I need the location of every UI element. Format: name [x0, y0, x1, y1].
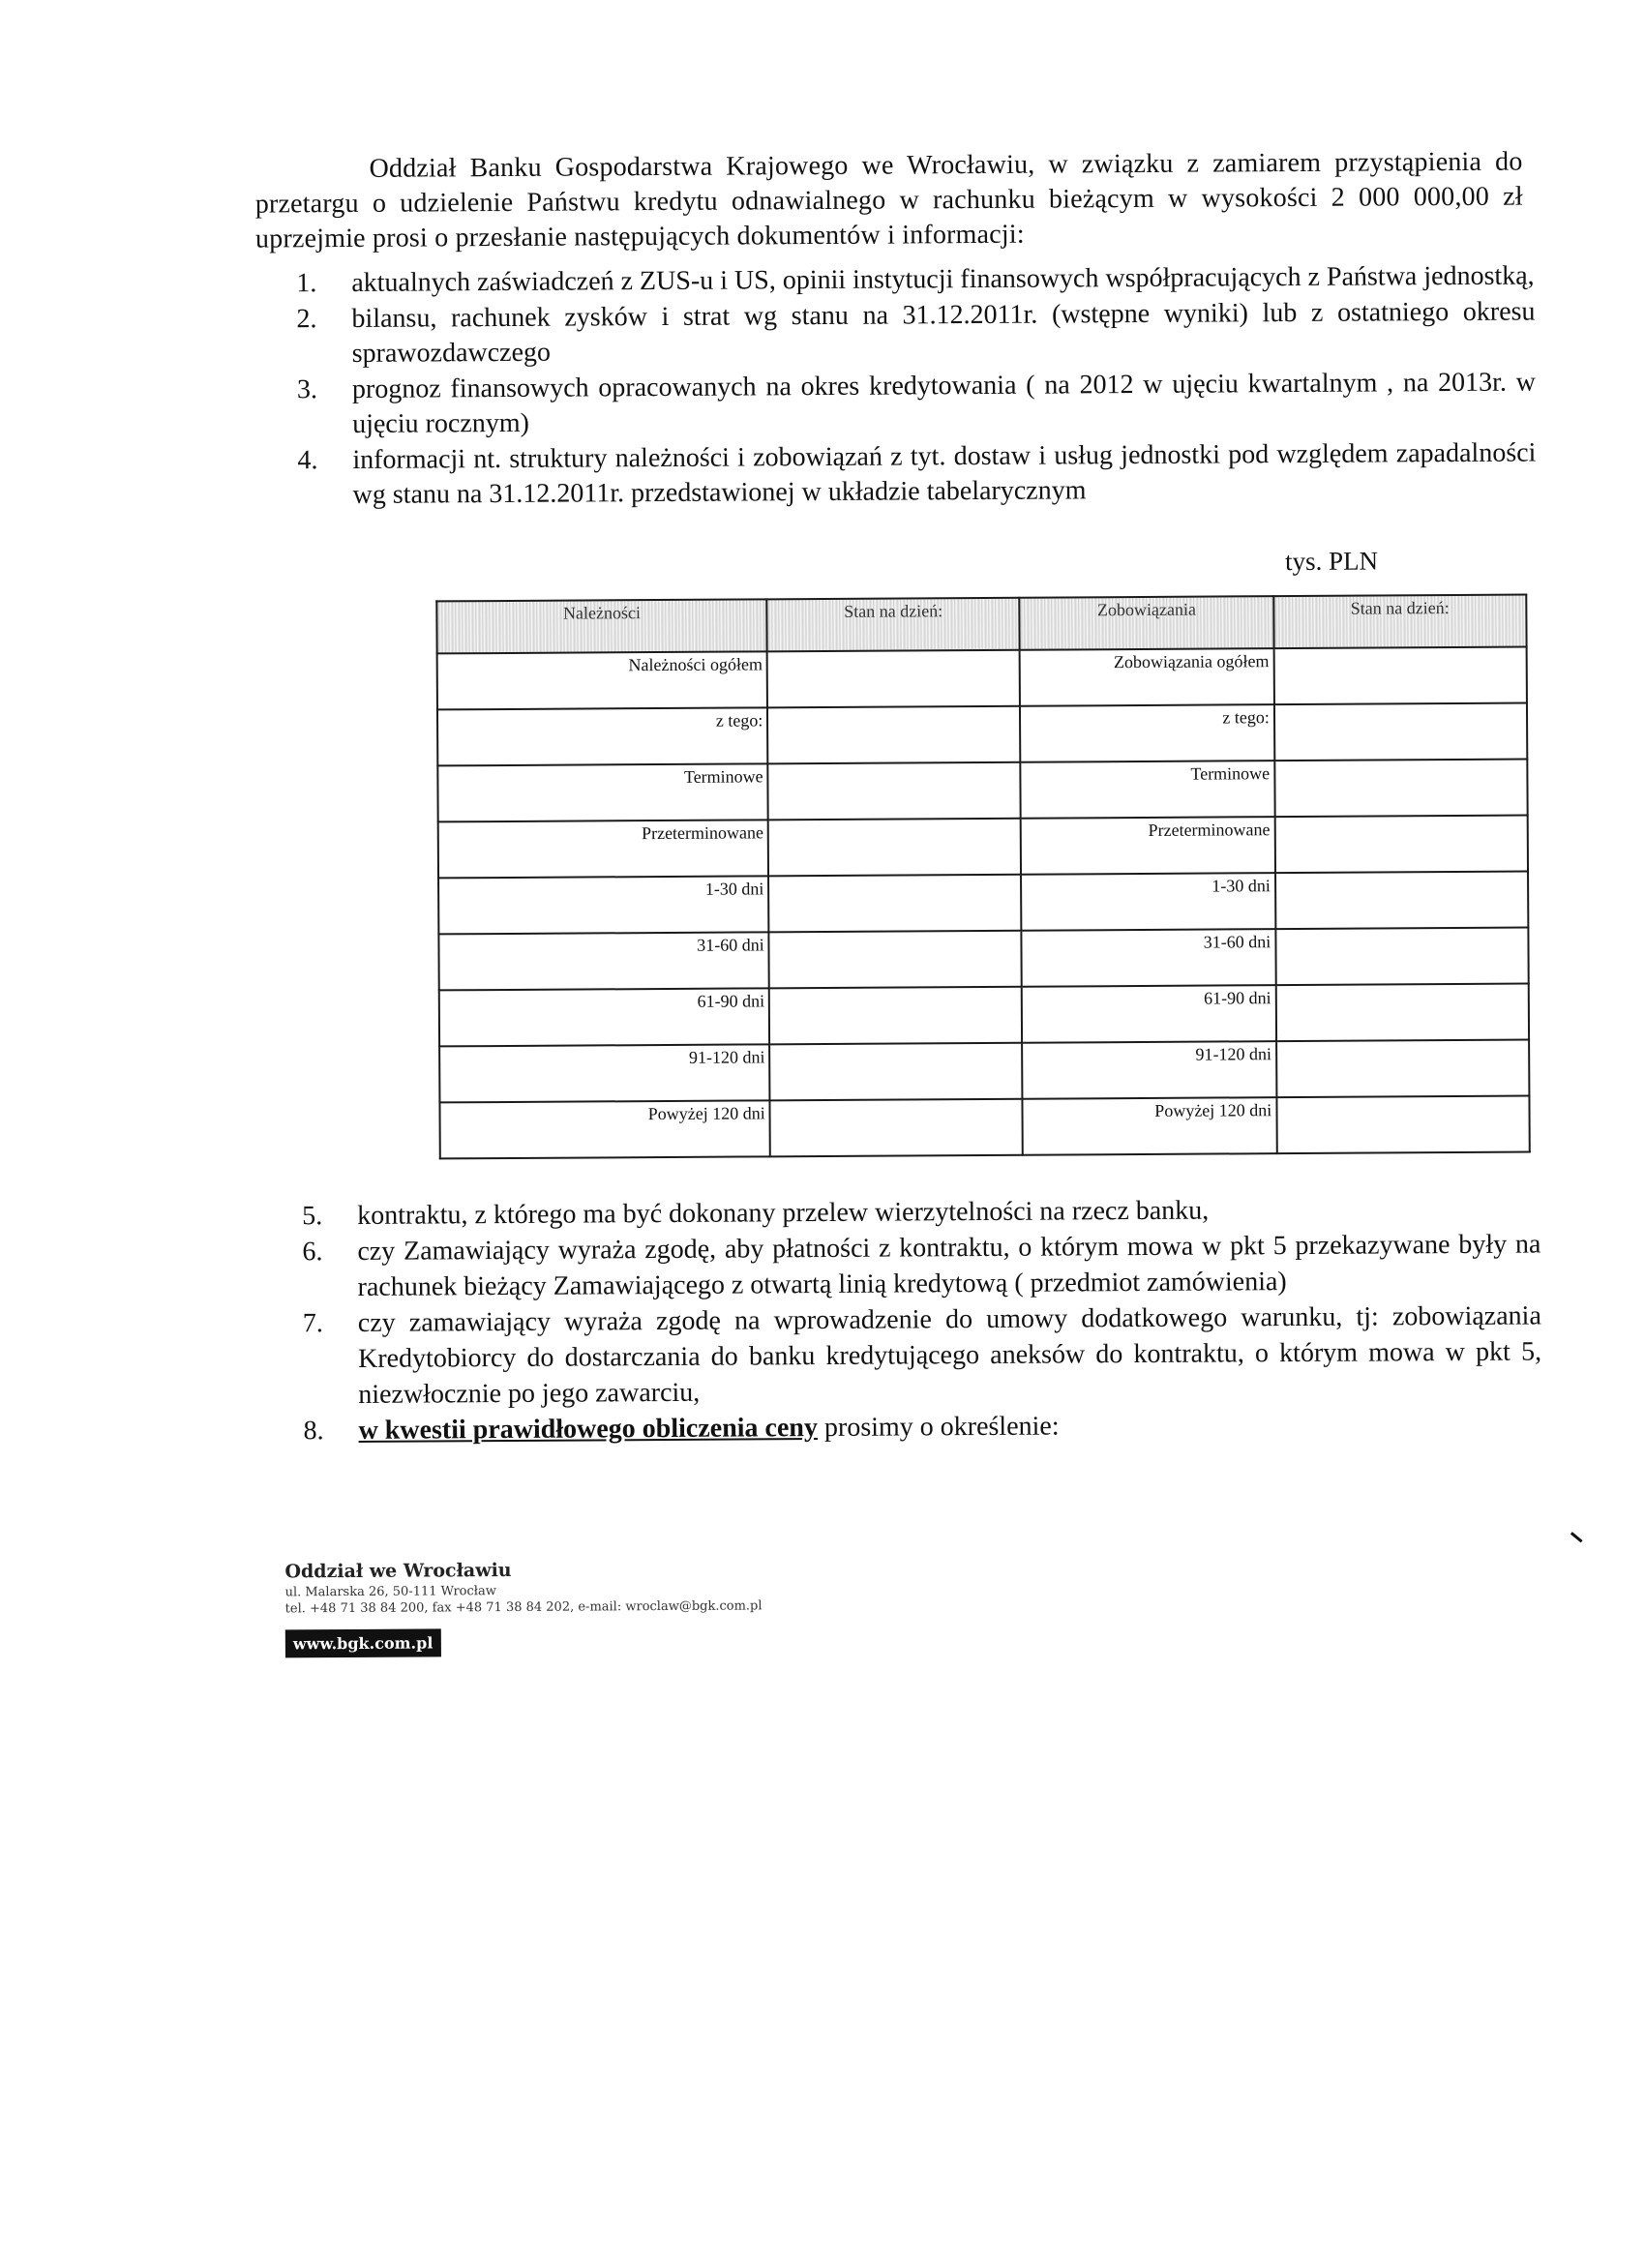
- list-text: czy zamawiający wyraża zgodę na wprowadz…: [358, 1298, 1542, 1412]
- list-item: 2. bilansu, rachunek zysków i strat wg s…: [296, 294, 1535, 373]
- table-row: 61-90 dni61-90 dni: [439, 984, 1529, 1047]
- liability-value-cell[interactable]: [1276, 1040, 1530, 1098]
- table-row: Powyżej 120 dniPowyżej 120 dni: [439, 1096, 1529, 1159]
- row-label-receivable: 1-30 dni: [438, 876, 769, 934]
- table-row: 91-120 dni91-120 dni: [439, 1040, 1529, 1103]
- row-label-liability: Zobowiązania ogółem: [1020, 648, 1274, 706]
- header-liabilities: Zobowiązania: [1020, 596, 1274, 650]
- list-number: 7.: [303, 1305, 359, 1413]
- letter-page: Oddział Banku Gospodarstwa Krajowego we …: [0, 0, 1645, 2268]
- list-number: 4.: [297, 442, 352, 513]
- footer-branch: Oddział we Wrocławiu: [284, 1558, 762, 1582]
- document-list-part1: 1. aktualnych zaświadczeń z ZUS-u i US, …: [296, 258, 1537, 513]
- maturity-table: Należności Stan na dzień: Zobowiązania S…: [435, 594, 1531, 1160]
- table-body: Należności ogółemZobowiązania ogółemz te…: [437, 647, 1530, 1159]
- row-label-liability: 1-30 dni: [1021, 873, 1275, 931]
- table-row: 31-60 dni31-60 dni: [438, 928, 1528, 991]
- list-number: 8.: [303, 1413, 358, 1448]
- list-item: 8. w kwestii prawidłowego obliczenia cen…: [303, 1405, 1541, 1448]
- receivable-value-cell[interactable]: [770, 1099, 1024, 1157]
- liability-value-cell[interactable]: [1275, 872, 1529, 930]
- receivable-value-cell[interactable]: [768, 762, 1022, 821]
- table-row: Należności ogółemZobowiązania ogółem: [437, 647, 1527, 710]
- document-list-part2: 5. kontraktu, z którego ma być dokonany …: [302, 1190, 1542, 1448]
- list-item: 6. czy Zamawiający wyraża zgodę, aby pła…: [302, 1226, 1540, 1305]
- header-receivables: Należności: [436, 599, 767, 653]
- table-row: PrzeterminowanePrzeterminowane: [438, 816, 1528, 879]
- row-label-receivable: 91-120 dni: [439, 1044, 770, 1102]
- list-item: 3. prognoz finansowych opracowanych na o…: [297, 365, 1536, 443]
- footer-contact: tel. +48 71 38 84 200, fax +48 71 38 84 …: [285, 1598, 763, 1616]
- row-label-receivable: 61-90 dni: [439, 988, 770, 1046]
- row-label-receivable: Powyżej 120 dni: [439, 1100, 770, 1158]
- row-label-receivable: Należności ogółem: [437, 651, 768, 709]
- list-number: 3.: [297, 372, 352, 442]
- liability-value-cell[interactable]: [1274, 703, 1528, 761]
- table-row: 1-30 dni1-30 dni: [438, 872, 1528, 935]
- receivable-value-cell[interactable]: [769, 987, 1023, 1045]
- liability-value-cell[interactable]: [1274, 760, 1528, 818]
- table-header-row: Należności Stan na dzień: Zobowiązania S…: [436, 595, 1526, 654]
- liability-value-cell[interactable]: [1276, 1096, 1530, 1154]
- row-label-liability: Powyżej 120 dni: [1023, 1097, 1277, 1155]
- table-row: z tego:z tego:: [437, 703, 1527, 766]
- row-label-liability: 61-90 dni: [1022, 985, 1276, 1043]
- footer-address: ul. Malarska 26, 50-111 Wrocław: [285, 1582, 763, 1599]
- row-label-liability: Terminowe: [1021, 761, 1275, 819]
- list-text: w kwestii prawidłowego obliczenia ceny p…: [358, 1405, 1541, 1447]
- receivable-value-cell[interactable]: [768, 875, 1022, 933]
- liability-value-cell[interactable]: [1273, 647, 1527, 705]
- stray-pen-mark: [1570, 1532, 1583, 1542]
- row-label-liability: Przeterminowane: [1021, 817, 1275, 875]
- liability-value-cell[interactable]: [1275, 928, 1529, 986]
- receivable-value-cell[interactable]: [769, 931, 1023, 989]
- list-number: 1.: [296, 266, 351, 302]
- list-number: 2.: [296, 301, 351, 372]
- row-label-receivable: z tego:: [437, 707, 768, 765]
- liability-value-cell[interactable]: [1274, 816, 1528, 874]
- list-text: bilansu, rachunek zysków i strat wg stan…: [351, 294, 1535, 372]
- unit-label: tys. PLN: [1285, 546, 1378, 577]
- footer-website[interactable]: www.bgk.com.pl: [285, 1628, 441, 1657]
- list-item: 4. informacji nt. struktury należności i…: [297, 435, 1536, 514]
- row-label-liability: 31-60 dni: [1022, 929, 1276, 987]
- row-label-receivable: Przeterminowane: [438, 820, 769, 878]
- row-label-receivable: 31-60 dni: [438, 932, 769, 990]
- emphasis-text: w kwestii prawidłowego obliczenia ceny: [358, 1413, 818, 1446]
- list-number: 6.: [302, 1234, 357, 1305]
- intro-paragraph: Oddział Banku Gospodarstwa Krajowego we …: [254, 145, 1523, 257]
- table-row: TerminoweTerminowe: [437, 760, 1527, 822]
- receivable-value-cell[interactable]: [769, 1043, 1023, 1101]
- header-receivables-date: Stan na dzień:: [767, 598, 1021, 652]
- list-text-tail: prosimy o określenie:: [818, 1412, 1060, 1444]
- header-liabilities-date: Stan na dzień:: [1273, 595, 1527, 649]
- list-text: czy Zamawiający wyraża zgodę, aby płatno…: [357, 1226, 1540, 1304]
- row-label-liability: z tego:: [1020, 704, 1274, 762]
- receivable-value-cell[interactable]: [767, 650, 1021, 708]
- liability-value-cell[interactable]: [1275, 984, 1529, 1042]
- receivable-value-cell[interactable]: [767, 706, 1021, 764]
- row-label-receivable: Terminowe: [437, 763, 768, 821]
- row-label-liability: 91-120 dni: [1023, 1041, 1277, 1099]
- list-text: prognoz finansowych opracowanych na okre…: [352, 365, 1536, 442]
- list-text: informacji nt. struktury należności i zo…: [352, 435, 1536, 513]
- footer: Oddział we Wrocławiu ul. Malarska 26, 50…: [284, 1558, 762, 1657]
- list-number: 5.: [302, 1198, 357, 1234]
- receivable-value-cell[interactable]: [768, 819, 1022, 877]
- list-item: 7. czy zamawiający wyraża zgodę na wprow…: [303, 1298, 1542, 1413]
